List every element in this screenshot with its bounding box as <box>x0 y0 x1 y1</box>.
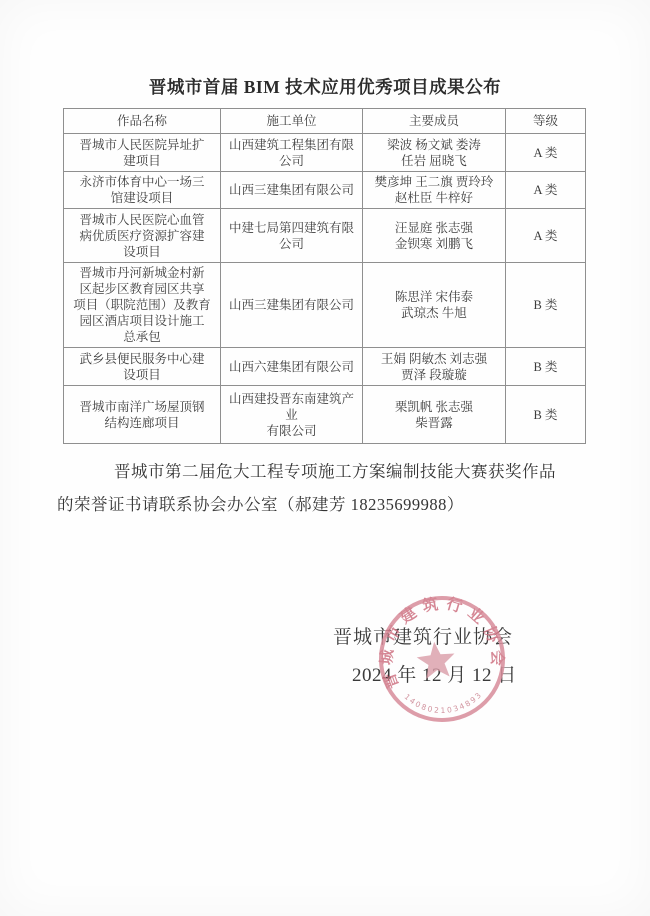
cell-contractor: 中建七局第四建筑有限 公司 <box>221 209 363 263</box>
cell-members: 梁波 杨文斌 娄涛 任岩 屈晓飞 <box>363 134 506 172</box>
table-row: 晋城市丹河新城金村新 区起步区教育园区共享 项目（职院范围）及教育 园区酒店项目… <box>64 263 586 348</box>
header-cell-contractor: 施工单位 <box>221 109 363 134</box>
cell-grade: B 类 <box>506 348 586 386</box>
table-row: 晋城市人民医院心血管 病优质医疗资源扩容建 设项目 中建七局第四建筑有限 公司 … <box>64 209 586 263</box>
table-header-row: 作品名称 施工单位 主要成员 等级 <box>64 109 586 134</box>
official-seal: 晋城市建筑行业协会 1408021034893 <box>363 580 521 738</box>
header-cell-grade: 等级 <box>506 109 586 134</box>
table-row: 武乡县便民服务中心建 设项目 山西六建集团有限公司 王娟 阴敏杰 刘志强 贾泽 … <box>64 348 586 386</box>
cell-grade: A 类 <box>506 134 586 172</box>
cell-contractor: 山西六建集团有限公司 <box>221 348 363 386</box>
table-row: 永济市体育中心一场三 馆建设项目 山西三建集团有限公司 樊彦坤 王二旗 贾玲玲 … <box>64 172 586 209</box>
cell-project-name: 武乡县便民服务中心建 设项目 <box>64 348 221 386</box>
cell-project-name: 永济市体育中心一场三 馆建设项目 <box>64 172 221 209</box>
cell-members: 樊彦坤 王二旗 贾玲玲 赵杜臣 牛梓好 <box>363 172 506 209</box>
cell-project-name: 晋城市人民医院心血管 病优质医疗资源扩容建 设项目 <box>64 209 221 263</box>
document-page: 晋城市首届 BIM 技术应用优秀项目成果公布 作品名称 施工单位 主要成员 等级… <box>0 0 650 916</box>
cell-grade: A 类 <box>506 209 586 263</box>
notice-paragraph: 晋城市第二届危大工程专项施工方案编制技能大赛获奖作品 的荣誉证书请联系协会办公室… <box>57 455 597 521</box>
table-row: 晋城市人民医院异址扩 建项目 山西建筑工程集团有限 公司 梁波 杨文斌 娄涛 任… <box>64 134 586 172</box>
cell-project-name: 晋城市丹河新城金村新 区起步区教育园区共享 项目（职院范围）及教育 园区酒店项目… <box>64 263 221 348</box>
cell-grade: B 类 <box>506 263 586 348</box>
cell-project-name: 晋城市南洋广场屋顶钢 结构连廊项目 <box>64 386 221 444</box>
header-cell-project-name: 作品名称 <box>64 109 221 134</box>
cell-project-name: 晋城市人民医院异址扩 建项目 <box>64 134 221 172</box>
cell-contractor: 山西建投晋东南建筑产 业 有限公司 <box>221 386 363 444</box>
seal-ring <box>375 592 509 726</box>
awards-table: 作品名称 施工单位 主要成员 等级 晋城市人民医院异址扩 建项目 山西建筑工程集… <box>63 108 586 444</box>
table-row: 晋城市南洋广场屋顶钢 结构连廊项目 山西建投晋东南建筑产 业 有限公司 栗凯帆 … <box>64 386 586 444</box>
signature-org: 晋城市建筑行业协会 <box>333 622 513 649</box>
cell-members: 栗凯帆 张志强 柴晋露 <box>363 386 506 444</box>
cell-members: 陈思洋 宋伟泰 武琼杰 牛旭 <box>363 263 506 348</box>
cell-grade: A 类 <box>506 172 586 209</box>
header-cell-members: 主要成员 <box>363 109 506 134</box>
document-title: 晋城市首届 BIM 技术应用优秀项目成果公布 <box>0 74 650 99</box>
seal-serial: 1408021034893 <box>402 684 486 719</box>
cell-members: 汪显庭 张志强 金钡寒 刘鹏飞 <box>363 209 506 263</box>
cell-contractor: 山西三建集团有限公司 <box>221 172 363 209</box>
svg-text:1408021034893: 1408021034893 <box>402 684 486 719</box>
cell-grade: B 类 <box>506 386 586 444</box>
cell-contractor: 山西三建集团有限公司 <box>221 263 363 348</box>
cell-members: 王娟 阴敏杰 刘志强 贾泽 段璇璇 <box>363 348 506 386</box>
signature-date: 2024 年 12 月 12 日 <box>352 660 517 687</box>
cell-contractor: 山西建筑工程集团有限 公司 <box>221 134 363 172</box>
